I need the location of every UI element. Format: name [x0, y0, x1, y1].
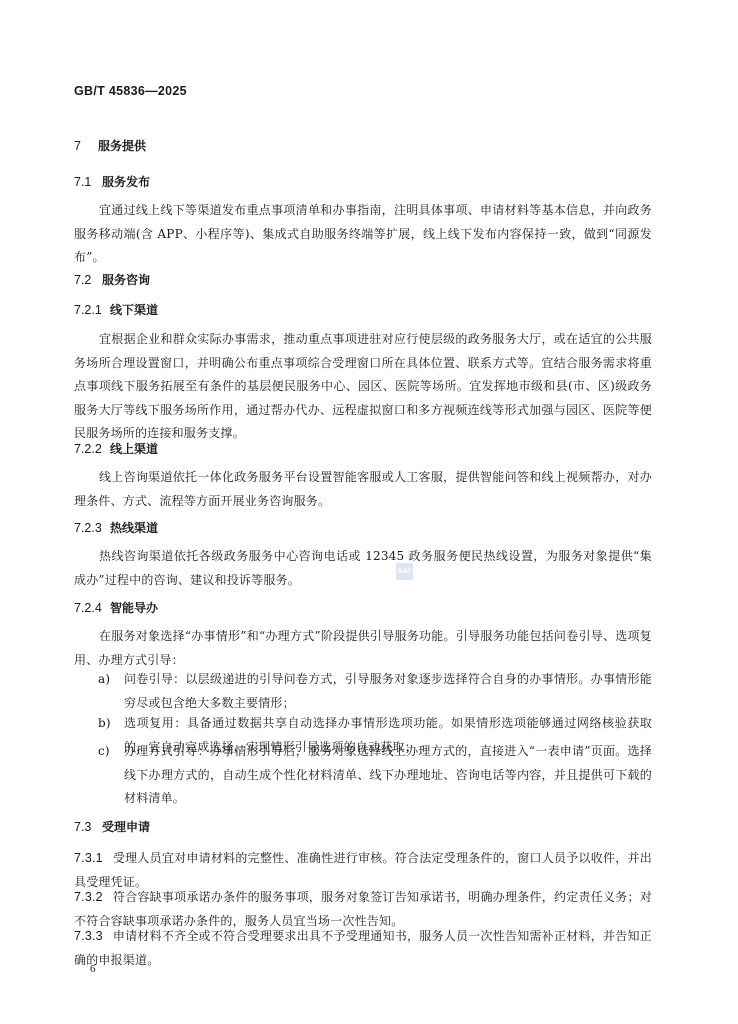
section-number: 7.2.4 [74, 601, 110, 615]
section-heading-7-2-2: 7.2.2线上渠道 [74, 440, 158, 457]
clause-text: 符合容缺事项承诺办条件的服务事项，服务对象签订告知承诺书，明确办理条件，约定责任… [74, 890, 652, 928]
paragraph-7-2-4: 在服务对象选择“办事情形”和“办理方式”阶段提供引导服务功能。引导服务功能包括问… [74, 625, 652, 672]
section-number: 7.1 [74, 175, 102, 189]
list-item-a: a) 问卷引导：以层级递进的引导问卷方式，引导服务对象逐步选择符合自身的办事情形… [98, 668, 652, 715]
section-heading-7-3: 7.3受理申请 [74, 818, 150, 835]
paragraph-7-2-3: 热线咨询渠道依托各级政务服务中心咨询电话或 12345 政务服务便民热线设置，为… [74, 545, 652, 592]
section-heading-7-2-3: 7.2.3热线渠道 [74, 519, 158, 536]
section-heading-7-2-4: 7.2.4智能导办 [74, 599, 158, 616]
list-marker: a) [98, 668, 110, 692]
section-heading-7-2: 7.2服务咨询 [74, 271, 150, 288]
sac-watermark: SAC [396, 563, 413, 580]
section-title: 热线渠道 [110, 521, 158, 535]
paragraph-7-2-2: 线上咨询渠道依托一体化政务服务平台设置智能客服或人工客服，提供智能问答和线上视频… [74, 466, 652, 513]
document-page: GB/T 45836—2025 7服务提供 7.1服务发布 宜通过线上线下等渠道… [0, 0, 738, 1024]
clause-number: 7.3.3 [74, 929, 103, 943]
section-title: 服务咨询 [102, 273, 150, 287]
section-heading-7-2-1: 7.2.1线下渠道 [74, 301, 158, 318]
list-item-c: c) 办理方式引导：办事情形引导后，服务对象选择线上办理方式的，直接进入“一表申… [98, 740, 652, 811]
clause-7-3-3: 7.3.3申请材料不齐全或不符合受理要求出具不予受理通知书，服务人员一次性告知需… [74, 925, 652, 972]
section-title: 服务提供 [98, 139, 146, 153]
section-number: 7.2.3 [74, 521, 110, 535]
section-number: 7.2.1 [74, 303, 110, 317]
clause-number: 7.3.1 [74, 851, 103, 865]
list-marker: c) [98, 740, 110, 764]
standard-code: GB/T 45836—2025 [74, 84, 187, 98]
section-heading-7: 7服务提供 [74, 137, 146, 154]
clause-text: 受理人员宜对申请材料的完整性、准确性进行审核。符合法定受理条件的，窗口人员予以收… [74, 851, 652, 889]
clause-number: 7.3.2 [74, 890, 103, 904]
section-title: 服务发布 [102, 175, 150, 189]
section-number: 7.2.2 [74, 442, 110, 456]
section-heading-7-1: 7.1服务发布 [74, 173, 150, 190]
page-number: 6 [90, 963, 96, 975]
clause-text: 申请材料不齐全或不符合受理要求出具不予受理通知书，服务人员一次性告知需补正材料，… [74, 929, 652, 967]
list-marker: b) [98, 712, 111, 736]
section-number: 7.3 [74, 820, 102, 834]
section-title: 线下渠道 [110, 303, 158, 317]
list-text: 办理方式引导：办事情形引导后，服务对象选择线上办理方式的，直接进入“一表申请”页… [124, 740, 652, 811]
paragraph-7-2-1: 宜根据企业和群众实际办事需求，推动重点事项进驻对应行使层级的政务服务大厅，或在适… [74, 328, 652, 446]
section-number: 7 [74, 139, 98, 153]
paragraph-7-1: 宜通过线上线下等渠道发布重点事项清单和办事指南，注明具体事项、申请材料等基本信息… [74, 199, 652, 270]
section-number: 7.2 [74, 273, 102, 287]
section-title: 受理申请 [102, 820, 150, 834]
section-title: 线上渠道 [110, 442, 158, 456]
list-text: 问卷引导：以层级递进的引导问卷方式，引导服务对象逐步选择符合自身的办事情形。办事… [124, 668, 652, 715]
section-title: 智能导办 [110, 601, 158, 615]
